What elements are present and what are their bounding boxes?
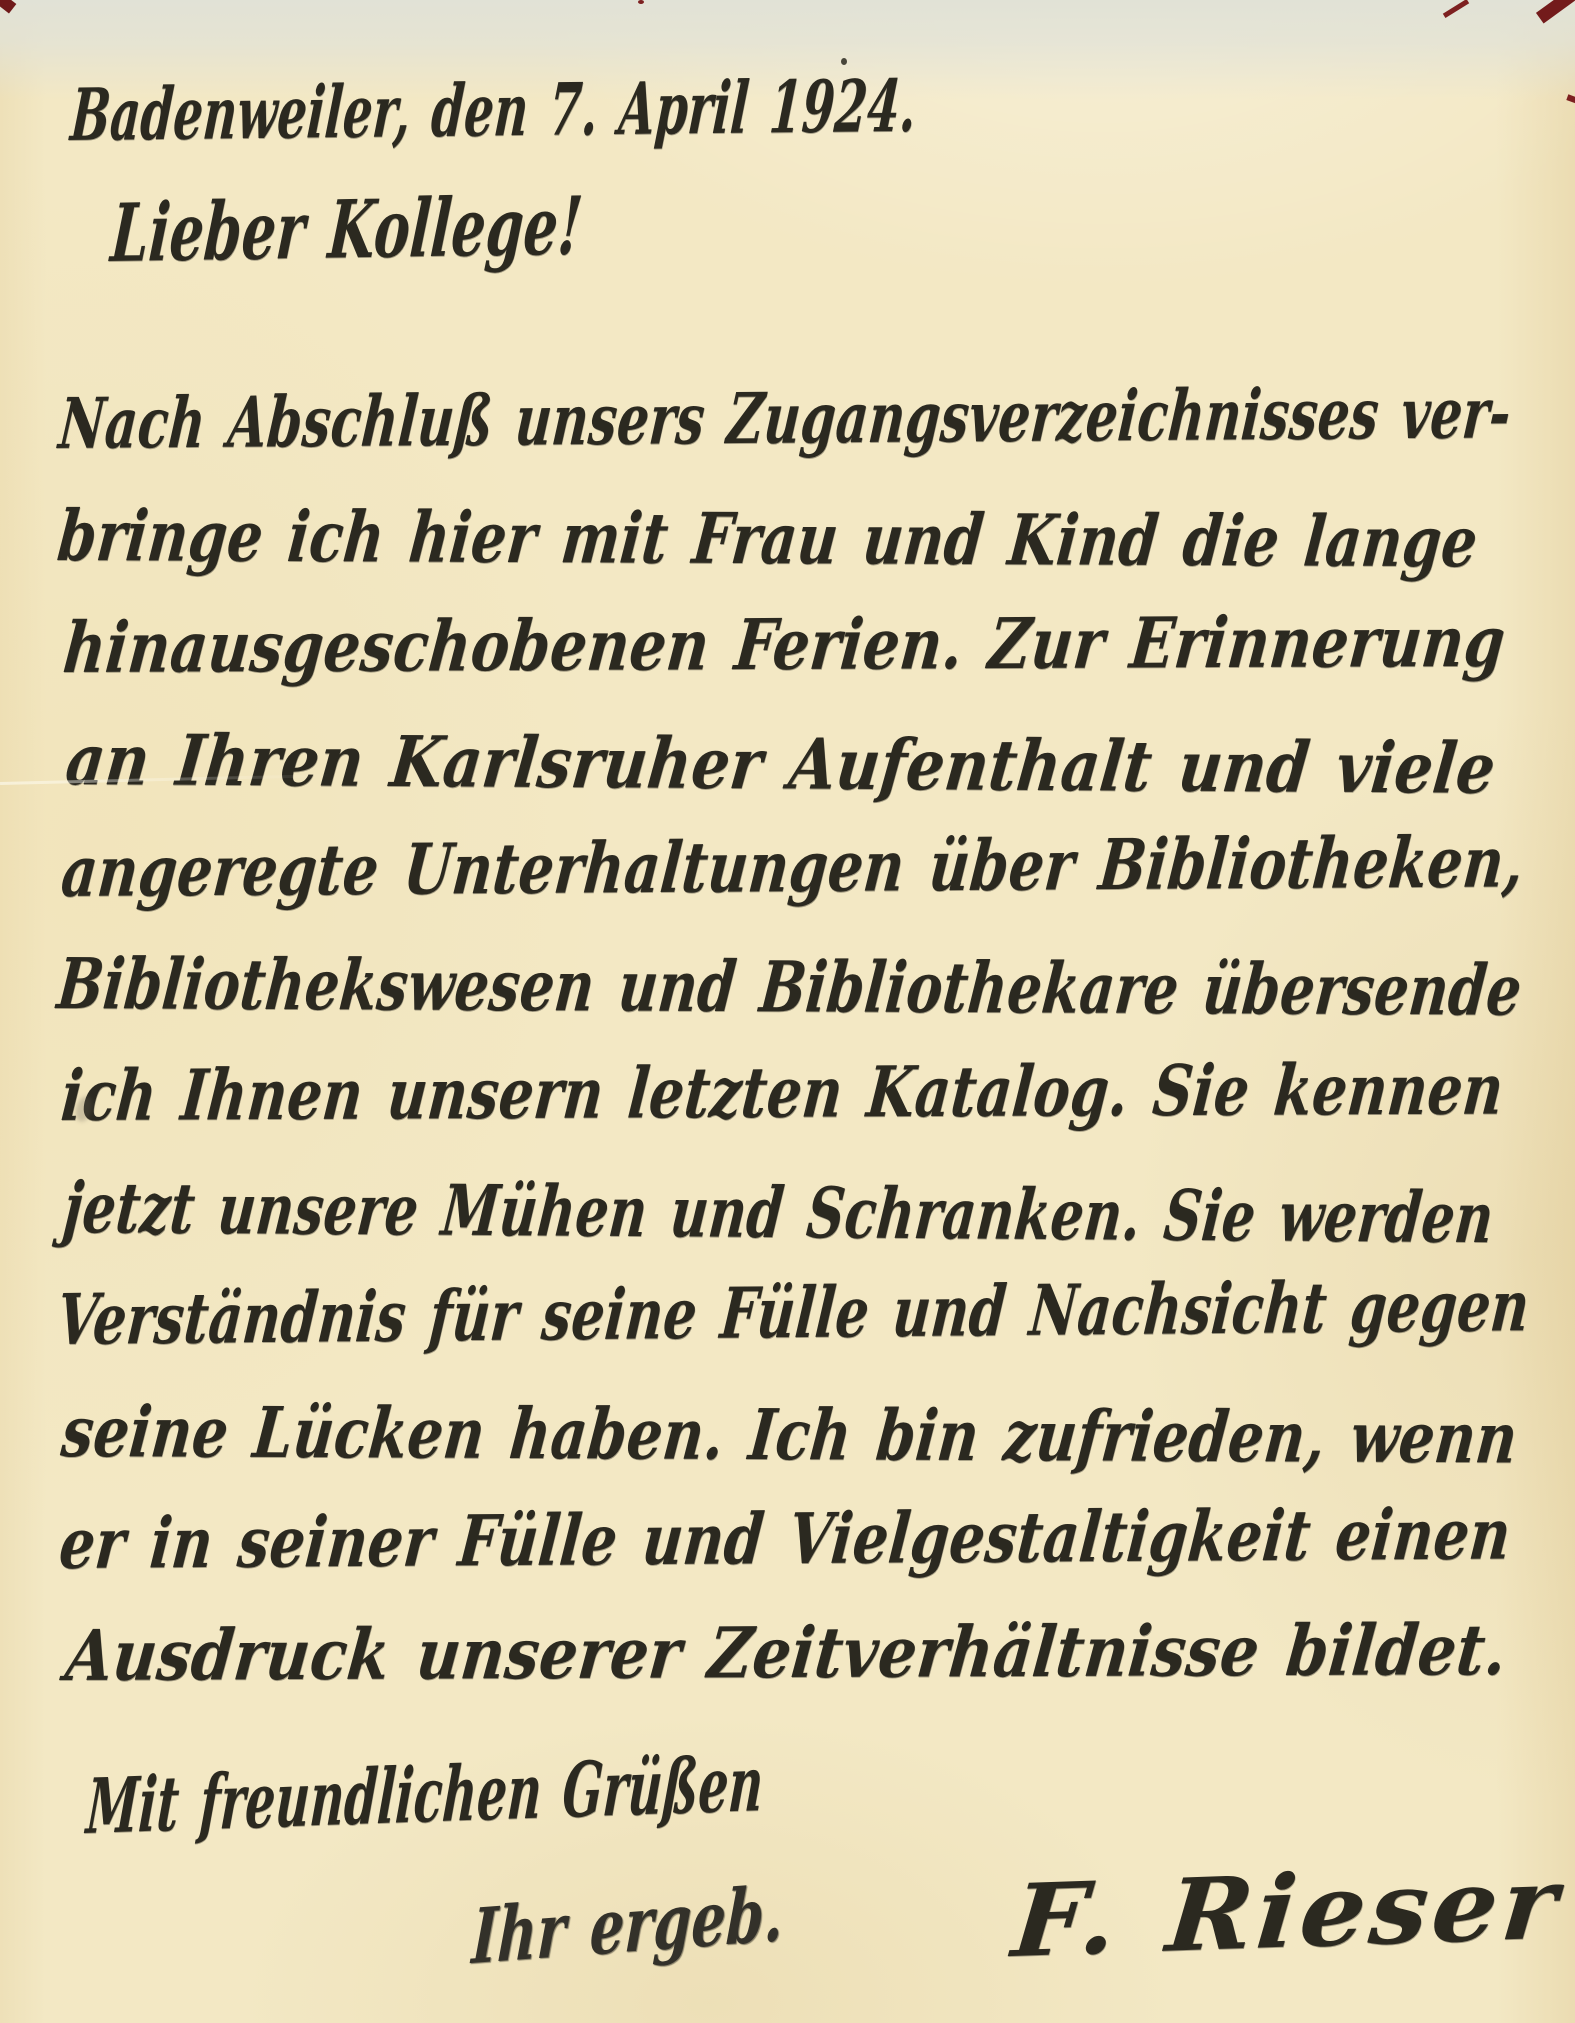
body-line: bringe ich hier mit Frau und Kind die la…: [54, 494, 1482, 583]
body-line: an Ihren Karlsruher Aufenthalt und viele: [62, 718, 1500, 810]
body-line: ich Ihnen unsern letzten Katalog. Sie ke…: [58, 1048, 1507, 1137]
body-line: Ausdruck unserer Zeitverhältnisse bildet…: [62, 1608, 1511, 1697]
body-line: Nach Abschluß unsers Zugangsverzeichniss…: [56, 371, 1514, 465]
signature-prefix: Ihr ergeb.: [470, 1869, 786, 1981]
body-line: hinausgeschobenen Ferien. Zur Erinnerung: [60, 600, 1509, 689]
body-line: angeregte Unterhaltungen über Bibliothek…: [58, 820, 1527, 913]
salutation-line: Lieber Kollege!: [108, 179, 586, 280]
signature-name: F. Rieser: [1008, 1844, 1566, 1980]
body-line: er in seiner Fülle und Vielgestaltigkeit…: [56, 1492, 1515, 1585]
ink-dot: [841, 58, 847, 65]
body-line: jetzt unsere Mühen und Schranken. Sie we…: [60, 1166, 1497, 1259]
scan-artifact-top-right: [1536, 0, 1575, 23]
scan-artifact-right-edge: [1566, 94, 1575, 103]
scan-artifact-top-left: [0, 0, 16, 14]
body-line: Verständnis für seine Fülle und Nachsich…: [54, 1264, 1533, 1361]
body-line: Bibliothekswesen und Bibliothekare übers…: [54, 942, 1526, 1032]
closing-line: Mit freundlichen Grüßen: [84, 1739, 766, 1851]
scan-artifact-top-slash: [1443, 0, 1469, 18]
date-line: Badenweiler, den 7. April 1924.: [68, 63, 920, 157]
letter-page: Badenweiler, den 7. April 1924. Lieber K…: [0, 0, 1575, 2023]
body-line: seine Lücken haben. Ich bin zufrieden, w…: [58, 1390, 1521, 1479]
scan-artifact-top-dot: [638, 0, 644, 4]
